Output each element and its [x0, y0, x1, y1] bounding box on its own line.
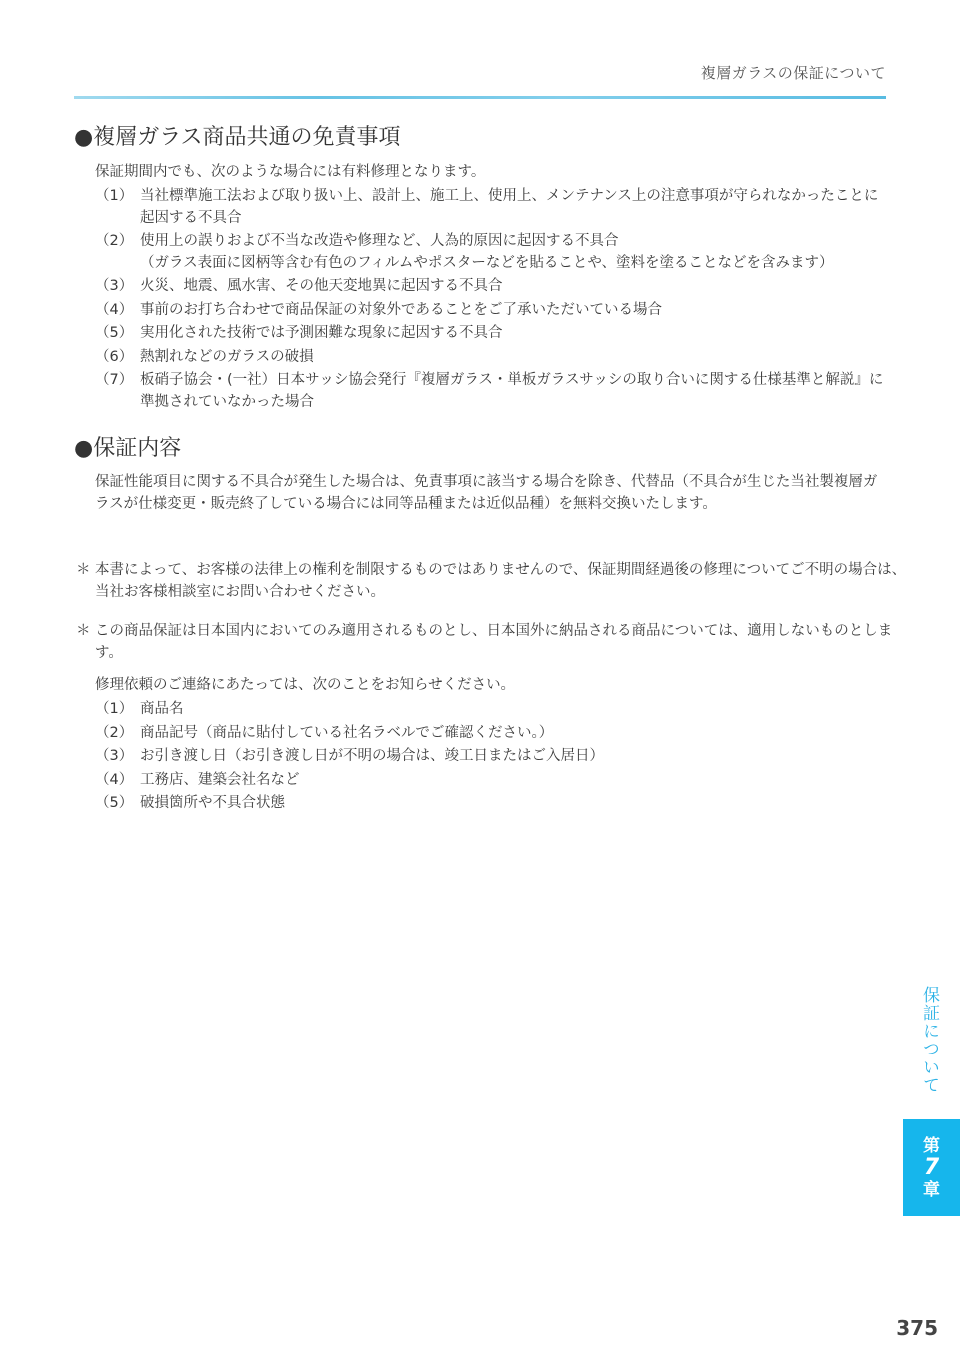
repair-intro: 修理依頼のご連絡にあたっては、次のことをお知らせください。 [95, 675, 890, 697]
list-item: （1）商品名 [95, 699, 890, 721]
list-item: （4）事前のお打ち合わせで商品保証の対象外であることをご了承いただいている場合 [95, 300, 890, 322]
list-item: （6）熱割れなどのガラスの破損 [95, 347, 890, 369]
repair-info-list: （1）商品名 （2）商品記号（商品に貼付している社名ラベルでご確認ください。） … [95, 699, 890, 817]
list-item: （2）商品記号（商品に貼付している社名ラベルでご確認ください。） [95, 723, 890, 745]
section-title-exemptions: ●複層ガラス商品共通の免責事項 [74, 120, 401, 151]
exemptions-list: （1）当社標準施工法および取り扱い上、設計上、施工上、使用上、メンテナンス上の注… [95, 186, 890, 415]
side-tab-label: 保証について [912, 986, 942, 1094]
warranty-body: 保証性能項目に関する不具合が発生した場合は、免責事項に該当する場合を除き、代替品… [95, 472, 890, 515]
note-rights: ＊本書によって、お客様の法律上の権利を制限するものではありませんので、保証期間経… [76, 560, 910, 603]
section-title-warranty: ●保証内容 [74, 431, 181, 462]
bullet-icon: ● [74, 125, 93, 150]
note-domestic: ＊この商品保証は日本国内においてのみ適用されるものとし、日本国外に納品される商品… [76, 621, 910, 664]
list-item: （4）工務店、建築会社名など [95, 770, 890, 792]
list-item: （5）破損箇所や不具合状態 [95, 793, 890, 815]
exemptions-intro: 保証期間内でも、次のような場合には有料修理となります。 [95, 162, 890, 184]
list-item: （7）板硝子協会・(一社）日本サッシ協会発行『複層ガラス・単板ガラスサッシの取り… [95, 370, 890, 413]
list-item: （5）実用化された技術では予測困難な現象に起因する不具合 [95, 323, 890, 345]
running-header: 複層ガラスの保証について [701, 62, 886, 83]
asterisk-icon: ＊ [76, 560, 91, 582]
page-number: 375 [896, 1316, 938, 1340]
list-item: （3）お引き渡し日（お引き渡し日が不明の場合は、竣工日またはご入居日） [95, 746, 890, 768]
header-rule [74, 96, 886, 99]
list-item: （1）当社標準施工法および取り扱い上、設計上、施工上、使用上、メンテナンス上の注… [95, 186, 890, 229]
list-item: （2）使用上の誤りおよび不当な改造や修理など、人為的原因に起因する不具合（ガラス… [95, 231, 890, 274]
asterisk-icon: ＊ [76, 621, 91, 643]
bullet-icon: ● [74, 436, 93, 461]
list-item: （3）火災、地震、風水害、その他天変地異に起因する不具合 [95, 276, 890, 298]
chapter-box: 第 7 章 [903, 1119, 960, 1216]
